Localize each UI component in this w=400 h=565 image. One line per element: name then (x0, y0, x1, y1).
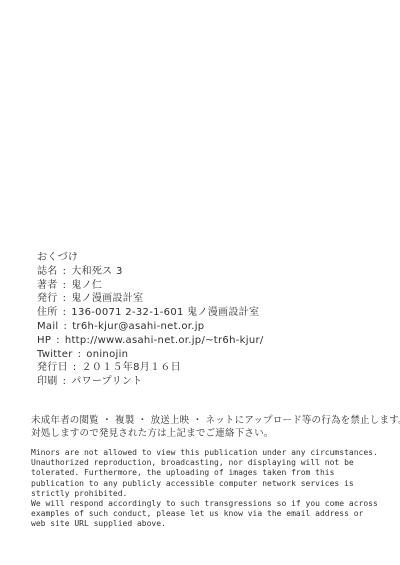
colophon-label: 発行日 (37, 362, 68, 373)
japanese-warning-line: 対処しますので発見された方は上記までご連絡下さい。 (31, 427, 400, 440)
english-disclaimer-line: web site URL supplied above. (31, 519, 378, 529)
page-title: おくづけ (37, 251, 264, 265)
japanese-warning-block: 未成年者の閲覧 ・ 複製 ・ 放送上映 ・ ネットにアップロード等の行為を禁止し… (31, 414, 400, 440)
colophon-label: HP (37, 335, 51, 346)
colophon-block: おくづけ 誌名:大和死ス 3 著者:鬼ノ仁 発行:鬼ノ漫画設計室 住所:136-… (37, 251, 264, 389)
colophon-row-publisher: 発行:鬼ノ漫画設計室 (37, 292, 264, 306)
address-value: 136-0071 2-32-1-601 鬼ノ漫画設計室 (71, 307, 259, 318)
colophon-row-shimei: 誌名:大和死ス 3 (37, 265, 264, 279)
publication-title-value: 大和死ス 3 (71, 266, 122, 277)
colophon-label: 著者 (37, 280, 58, 291)
author-value: 鬼ノ仁 (71, 280, 102, 291)
colophon-row-author: 著者:鬼ノ仁 (37, 279, 264, 293)
colophon-separator: : (73, 361, 77, 375)
publisher-value: 鬼ノ漫画設計室 (71, 293, 143, 304)
colophon-label: Twitter (37, 349, 73, 360)
colophon-row-address: 住所:136-0071 2-32-1-601 鬼ノ漫画設計室 (37, 306, 264, 320)
homepage-url-value: http://www.asahi-net.or.jp/~tr6h-kjur/ (65, 335, 264, 346)
english-disclaimer-line: strictly prohibited. (31, 489, 378, 499)
colophon-row-printer: 印刷:パワープリント (37, 375, 264, 389)
colophon-label: 誌名 (37, 266, 58, 277)
colophon-separator: : (63, 279, 67, 293)
colophon-separator: : (63, 265, 67, 279)
colophon-label: Mail (37, 321, 59, 332)
colophon-label: 住所 (37, 307, 58, 318)
english-disclaimer-line: We will respond accordingly to such tran… (31, 499, 378, 509)
colophon-label: 発行 (37, 293, 58, 304)
english-disclaimer-line: Unauthorized reproduction, broadcasting,… (31, 458, 378, 468)
colophon-separator: : (63, 375, 67, 389)
colophon-label: 印刷 (37, 376, 58, 387)
english-disclaimer-line: examples of such conduct, please let us … (31, 509, 378, 519)
email-value: tr6h-kjur@asahi-net.or.jp (72, 321, 204, 332)
colophon-separator: : (78, 348, 82, 362)
japanese-warning-line: 未成年者の閲覧 ・ 複製 ・ 放送上映 ・ ネットにアップロード等の行為を禁止し… (31, 414, 400, 427)
colophon-row-mail: Mail:tr6h-kjur@asahi-net.or.jp (37, 320, 264, 334)
publication-date-value: ２０１５年8月１６日 (82, 362, 181, 373)
english-disclaimer-line: publication to any publicly accessible c… (31, 479, 378, 489)
printer-value: パワープリント (71, 376, 142, 387)
english-disclaimer-block: Minors are not allowed to view this publ… (31, 448, 378, 530)
colophon-page: おくづけ 誌名:大和死ス 3 著者:鬼ノ仁 発行:鬼ノ漫画設計室 住所:136-… (0, 0, 400, 565)
english-disclaimer-line: Minors are not allowed to view this publ… (31, 448, 378, 458)
colophon-row-publication-date: 発行日:２０１５年8月１６日 (37, 361, 264, 375)
colophon-separator: : (56, 334, 60, 348)
colophon-separator: : (63, 292, 67, 306)
twitter-handle-value: oninojin (86, 349, 128, 360)
colophon-separator: : (64, 320, 68, 334)
colophon-row-homepage: HP:http://www.asahi-net.or.jp/~tr6h-kjur… (37, 334, 264, 348)
colophon-separator: : (63, 306, 67, 320)
colophon-row-twitter: Twitter:oninojin (37, 348, 264, 362)
english-disclaimer-line: tolerated. Furthermore, the uploading of… (31, 468, 378, 478)
